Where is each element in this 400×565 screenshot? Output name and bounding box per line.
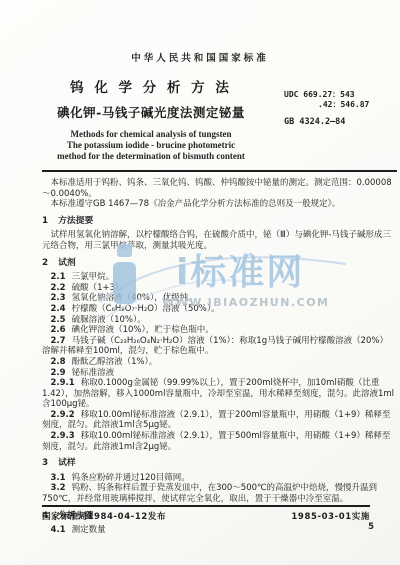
section-1-paragraph: 试样用氢氧化钠溶解，以柠檬酸络合钨，在硫酸介质中，铋（Ⅲ）与碘化钾-马钱子碱形成… [42, 230, 394, 251]
codes-column: UDC 669.27：543 .42：546.87 GB 4324.2—84 [284, 76, 390, 162]
section-2-heading: 2试剂 [42, 258, 394, 269]
title-en-line3: method for the determination of bismuth … [18, 151, 284, 162]
clause-3-2: 3.2钨粉、钨条称样后置于瓷蒸发皿中，在300～500℃的高温炉中焙烧，慢慢升温… [42, 483, 394, 504]
section-3-heading: 3试样 [42, 458, 394, 469]
title-column: 钨 化 学 分 析 方 法 碘化钾-马钱子碱光度法测定铋量 Methods fo… [18, 76, 284, 162]
footer-issued-date: 国家标准局1984-04-12发布 [42, 510, 166, 522]
scope-paragraph: 本标准适用于钨粉、钨条、三氧化钨、钨酸、仲钨酸铵中铋量的测定。测定范围：0.00… [42, 178, 394, 199]
document-body: 本标准适用于钨粉、钨条、三氧化钨、钨酸、仲钨酸铵中铋量的测定。测定范围：0.00… [0, 172, 400, 536]
section-2-number: 2 [42, 258, 48, 268]
section-3-title: 试样 [58, 458, 76, 468]
footer: 国家标准局1984-04-12发布 1985-03-01实施 [42, 510, 370, 522]
clause-2-2: 2.2硫酸（1+3）。 [42, 283, 394, 294]
section-1-number: 1 [42, 216, 48, 226]
clause-2-9: 2.9铋标准溶液 [42, 368, 394, 379]
header-divider [42, 170, 397, 172]
standard-org-label: 中华人民共和国国家标准 [0, 0, 400, 64]
clause-3-1: 3.1钨条应粉碎并通过120目筛网。 [42, 473, 394, 484]
compliance-paragraph: 本标准遵守GB 1467—78《冶金产品化学分析方法标准的总则及一般规定》。 [42, 199, 394, 210]
clause-4-1: 4.1测定数量 [42, 525, 394, 536]
gb-standard-number: GB 4324.2—84 [284, 117, 390, 127]
clause-2-7: 2.7马钱子碱（C₂₃H₂₆O₄N₂·H₂O）溶液（1%）：称取1g马钱子碱用柠… [42, 336, 394, 357]
title-block: 钨 化 学 分 析 方 法 碘化钾-马钱子碱光度法测定铋量 Methods fo… [0, 76, 400, 162]
udc-code: UDC 669.27：543 .42：546.87 [284, 90, 390, 110]
footer-divider [42, 505, 370, 507]
section-3-number: 3 [42, 458, 48, 468]
clause-2-9-1: 2.9.1称取0.1000g金属铋（99.99%以上），置于200ml烧杯中，加… [42, 378, 394, 410]
page-number: 5 [368, 522, 374, 532]
document-page: 中华人民共和国国家标准 钨 化 学 分 析 方 法 碘化钾-马钱子碱光度法测定铋… [0, 0, 400, 565]
clause-2-4: 2.4柠檬酸（C₆H₈O₇·H₂O）溶液（50%）。 [42, 304, 394, 315]
clause-2-9-2: 2.9.2移取10.00ml铋标准溶液（2.9.1），置于200ml容量瓶中，用… [42, 410, 394, 431]
title-en-line2: The potassium iodide - brucine photometr… [18, 140, 284, 151]
title-zh-line1: 钨 化 学 分 析 方 法 [18, 76, 284, 96]
clause-2-3: 2.3氢氧化钠溶液（40%），优级纯。 [42, 293, 394, 304]
clause-2-8: 2.8酚酞乙醇溶液（1%）。 [42, 357, 394, 368]
footer-implemented-date: 1985-03-01实施 [291, 510, 370, 522]
clause-2-5: 2.5硫脲溶液（10%）。 [42, 315, 394, 326]
clause-2-1: 2.1三氯甲烷。 [42, 272, 394, 283]
section-1-title: 方法提要 [58, 216, 93, 226]
udc-code-line1: UDC 669.27：543 [284, 90, 390, 100]
clause-2-6: 2.6碘化钾溶液（10%），贮于棕色瓶中。 [42, 325, 394, 336]
udc-code-line2: .42：546.87 [284, 100, 390, 110]
title-zh-line2: 碘化钾-马钱子碱光度法测定铋量 [18, 103, 284, 121]
title-en-line1: Methods for chemical analysis of tungste… [18, 129, 284, 140]
title-en: Methods for chemical analysis of tungste… [18, 129, 284, 162]
clause-2-9-3: 2.9.3移取10.00ml铋标准溶液（2.9.1），置于500ml容量瓶中，用… [42, 431, 394, 452]
section-1-heading: 1方法提要 [42, 216, 394, 227]
section-2-title: 试剂 [58, 258, 76, 268]
